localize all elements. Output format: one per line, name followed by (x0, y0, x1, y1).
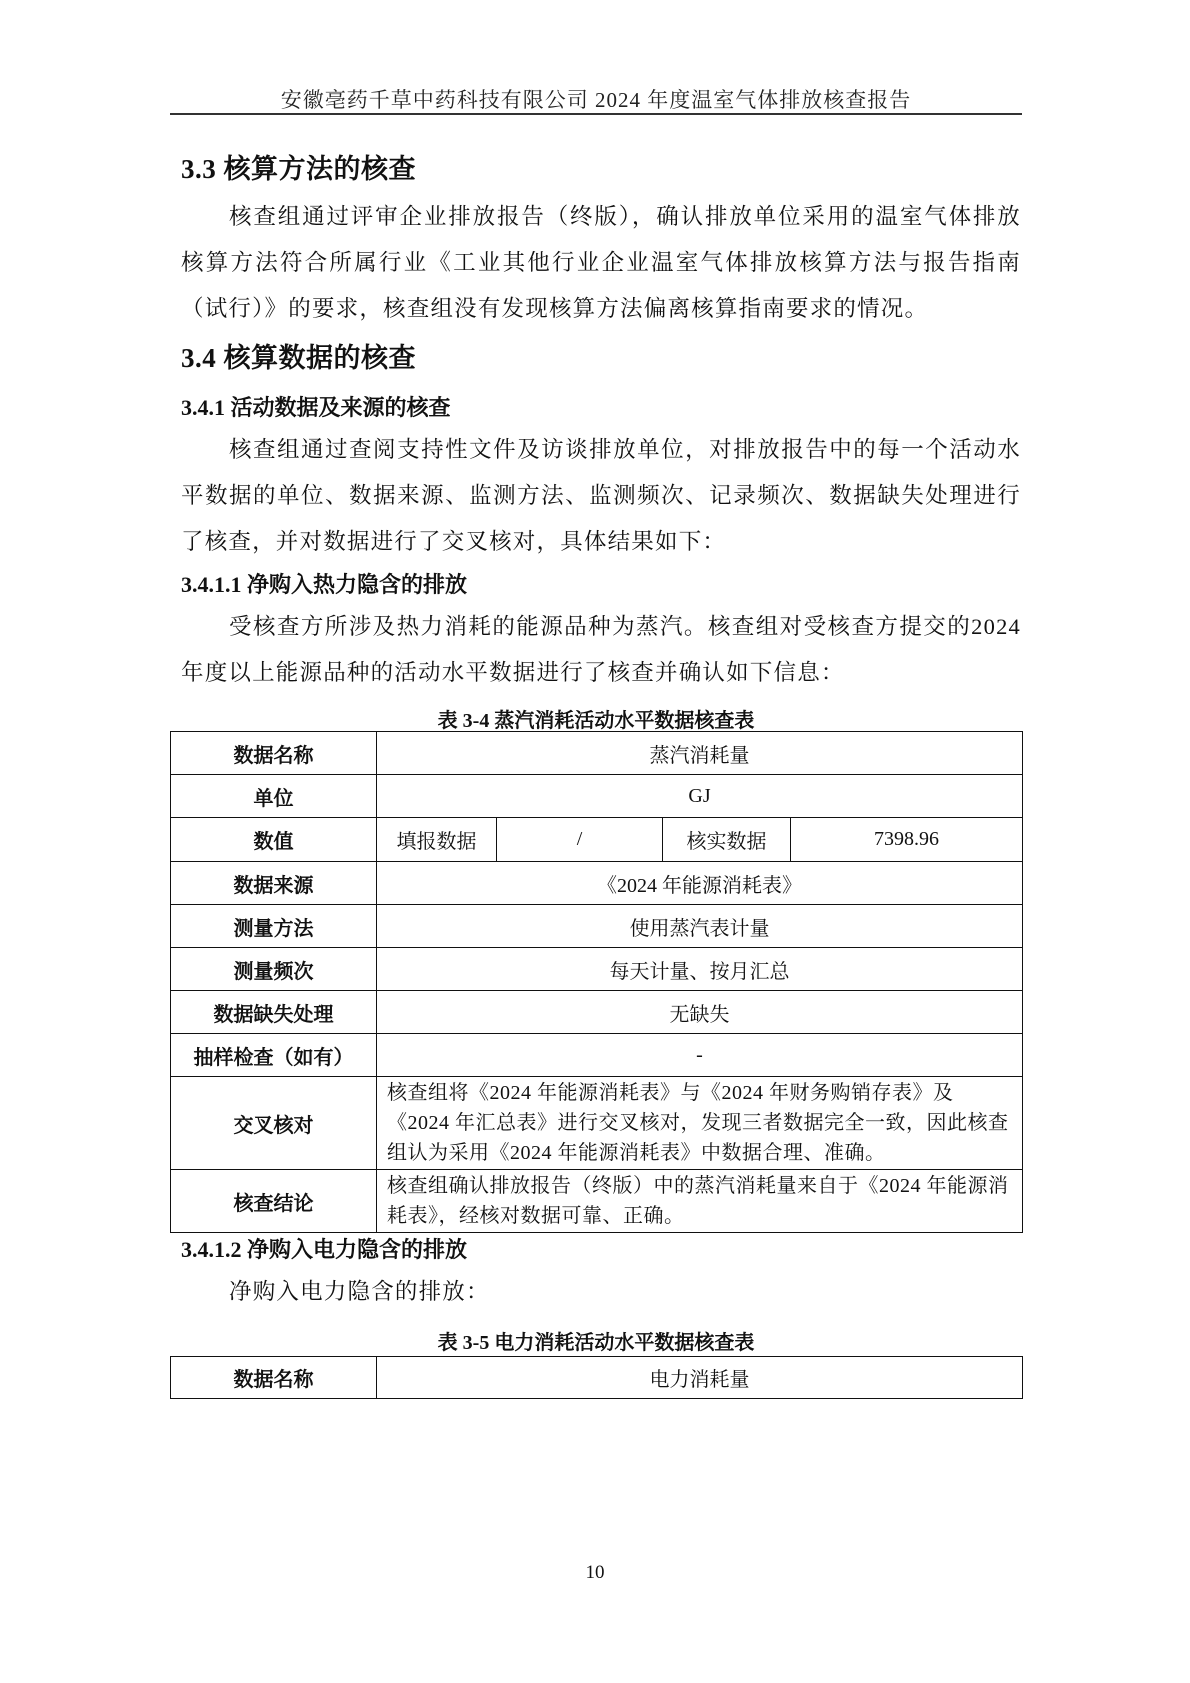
row-value-source: 《2024 年能源消耗表》 (377, 862, 1023, 905)
section-3-4-1-paragraph: 核查组通过查阅支持性文件及访谈排放单位，对排放报告中的每一个活动水平数据的单位、… (181, 427, 1021, 565)
verified-data-label: 核实数据 (663, 818, 791, 862)
row-label-data-name: 数据名称 (171, 732, 377, 775)
section-3-4-1-2-paragraph: 净购入电力隐含的排放： (181, 1269, 1021, 1315)
table-row: 单位 GJ (171, 775, 1023, 818)
section-heading-3-3: 3.3 核算方法的核查 (181, 147, 416, 186)
row-value-missing: 无缺失 (377, 991, 1023, 1034)
table-3-5-caption: 表 3-5 电力消耗活动水平数据核查表 (170, 1326, 1022, 1355)
page-number: 10 (0, 1562, 1190, 1584)
section-heading-3-4-1-1: 3.4.1.1 净购入热力隐含的排放 (181, 568, 467, 599)
table-row: 测量方法 使用蒸汽表计量 (171, 905, 1023, 948)
table-row: 核查结论 核查组确认排放报告（终版）中的蒸汽消耗量来自于《2024 年能源消耗表… (171, 1170, 1023, 1233)
row-value-frequency: 每天计量、按月汇总 (377, 948, 1023, 991)
row-value-data-name: 电力消耗量 (377, 1357, 1023, 1399)
row-label-data-name: 数据名称 (171, 1357, 377, 1399)
section-heading-3-4-1-2: 3.4.1.2 净购入电力隐含的排放 (181, 1233, 467, 1264)
verified-data-value: 7398.96 (791, 818, 1023, 862)
reported-data-value: / (497, 818, 663, 862)
row-value-conclusion: 核查组确认排放报告（终版）中的蒸汽消耗量来自于《2024 年能源消耗表》，经核对… (377, 1170, 1023, 1233)
section-3-4-1-1-paragraph: 受核查方所涉及热力消耗的能源品种为蒸汽。核查组对受核查方提交的2024 年度以上… (181, 604, 1021, 696)
table-row: 抽样检查（如有） - (171, 1034, 1023, 1077)
row-label-missing: 数据缺失处理 (171, 991, 377, 1034)
table-3-4-steam-consumption: 数据名称 蒸汽消耗量 单位 GJ 数值 填报数据 / 核实数据 7398.96 … (170, 731, 1023, 1233)
row-label-value: 数值 (171, 818, 377, 862)
table-row: 数据来源 《2024 年能源消耗表》 (171, 862, 1023, 905)
section-3-3-paragraph: 核查组通过评审企业排放报告（终版），确认排放单位采用的温室气体排放核算方法符合所… (181, 194, 1021, 332)
section-heading-3-4-1: 3.4.1 活动数据及来源的核查 (181, 391, 451, 422)
row-label-source: 数据来源 (171, 862, 377, 905)
table-row: 数据名称 电力消耗量 (171, 1357, 1023, 1399)
row-value-data-name: 蒸汽消耗量 (377, 732, 1023, 775)
section-heading-3-4: 3.4 核算数据的核查 (181, 336, 416, 375)
row-label-conclusion: 核查结论 (171, 1170, 377, 1233)
row-value-unit: GJ (377, 775, 1023, 818)
table-row: 测量频次 每天计量、按月汇总 (171, 948, 1023, 991)
table-row: 数据缺失处理 无缺失 (171, 991, 1023, 1034)
row-value-cross-check: 核查组将《2024 年能源消耗表》与《2024 年财务购销存表》及《2024 年… (377, 1077, 1023, 1170)
document-page: 安徽亳药千草中药科技有限公司 2024 年度温室气体排放核查报告 3.3 核算方… (0, 0, 1190, 1683)
table-row: 数值 填报数据 / 核实数据 7398.96 (171, 818, 1023, 862)
row-label-frequency: 测量频次 (171, 948, 377, 991)
table-3-5-electricity-consumption: 数据名称 电力消耗量 (170, 1356, 1023, 1399)
row-label-sampling: 抽样检查（如有） (171, 1034, 377, 1077)
table-3-4-caption: 表 3-4 蒸汽消耗活动水平数据核查表 (170, 704, 1022, 733)
row-label-cross-check: 交叉核对 (171, 1077, 377, 1170)
row-label-unit: 单位 (171, 775, 377, 818)
table-row: 数据名称 蒸汽消耗量 (171, 732, 1023, 775)
reported-data-label: 填报数据 (377, 818, 497, 862)
row-value-sampling: - (377, 1034, 1023, 1077)
table-row: 交叉核对 核查组将《2024 年能源消耗表》与《2024 年财务购销存表》及《2… (171, 1077, 1023, 1170)
row-value-method: 使用蒸汽表计量 (377, 905, 1023, 948)
header-divider (170, 113, 1022, 115)
running-header: 安徽亳药千草中药科技有限公司 2024 年度温室气体排放核查报告 (170, 84, 1022, 114)
row-label-method: 测量方法 (171, 905, 377, 948)
